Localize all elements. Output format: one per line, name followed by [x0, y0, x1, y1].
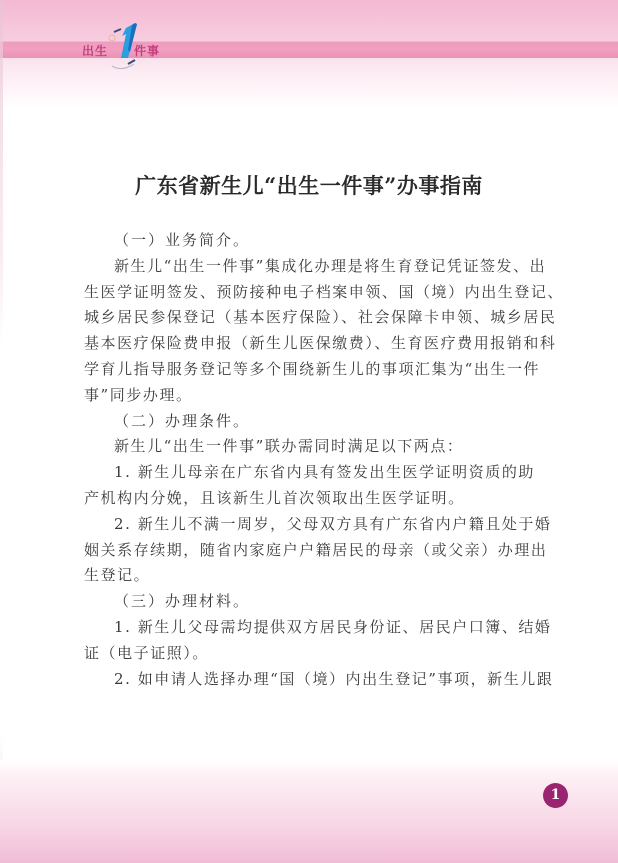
document-page: 出生 件事 广东省新生儿“出生一件事”办事指南 （一）业务简介。 新生儿“出生一…: [0, 0, 618, 863]
paragraph-line: 学育儿指导服务登记等多个围绕新生儿的事项汇集为“出生一件: [84, 357, 552, 383]
document-title: 广东省新生儿“出生一件事”办事指南: [0, 170, 618, 200]
logo-text-right: 件事: [134, 42, 160, 59]
paragraph-line: 姻关系存续期，随省内家庭户户籍居民的母亲（或父亲）办理出: [84, 538, 552, 564]
birth-one-thing-logo: 出生 件事: [82, 20, 172, 72]
paragraph-line: 新生儿“出生一件事”联办需同时满足以下两点：: [84, 434, 552, 460]
paragraph-line: 生登记。: [84, 563, 552, 589]
paragraph-line: 产机构内分娩，且该新生儿首次领取出生医学证明。: [84, 486, 552, 512]
list-item: 2. 如申请人选择办理“国（境）内出生登记”事项，新生儿跟: [84, 667, 552, 693]
paragraph-line: 证（电子证照）。: [84, 641, 552, 667]
logo-text-left: 出生: [82, 42, 108, 59]
paragraph-line: 新生儿“出生一件事”集成化办理是将生育登记凭证签发、出: [84, 254, 552, 280]
section-heading: （三）办理材料。: [84, 589, 552, 615]
paragraph-line: 城乡居民参保登记（基本医疗保险）、社会保障卡申领、城乡居民: [84, 305, 552, 331]
document-body: （一）业务简介。 新生儿“出生一件事”集成化办理是将生育登记凭证签发、出 生医学…: [84, 228, 552, 692]
footer-gradient: [0, 760, 618, 863]
page-number-badge: 1: [543, 783, 568, 808]
list-item: 2. 新生儿不满一周岁，父母双方具有广东省内户籍且处于婚: [84, 512, 552, 538]
section-heading: （一）业务简介。: [84, 228, 552, 254]
section-heading: （二）办理条件。: [84, 409, 552, 435]
paragraph-line: 基本医疗保险费申报（新生儿医保缴费）、生育医疗费用报销和科: [84, 331, 552, 357]
list-item: 1. 新生儿母亲在广东省内具有签发出生医学证明资质的助: [84, 460, 552, 486]
list-item: 1. 新生儿父母需均提供双方居民身份证、居民户口簿、结婚: [84, 615, 552, 641]
paragraph-line: 生医学证明签发、预防接种电子档案申领、国（境）内出生登记、: [84, 280, 552, 306]
paragraph-line: 事”同步办理。: [84, 383, 552, 409]
page-edge-shadow: [0, 0, 3, 863]
